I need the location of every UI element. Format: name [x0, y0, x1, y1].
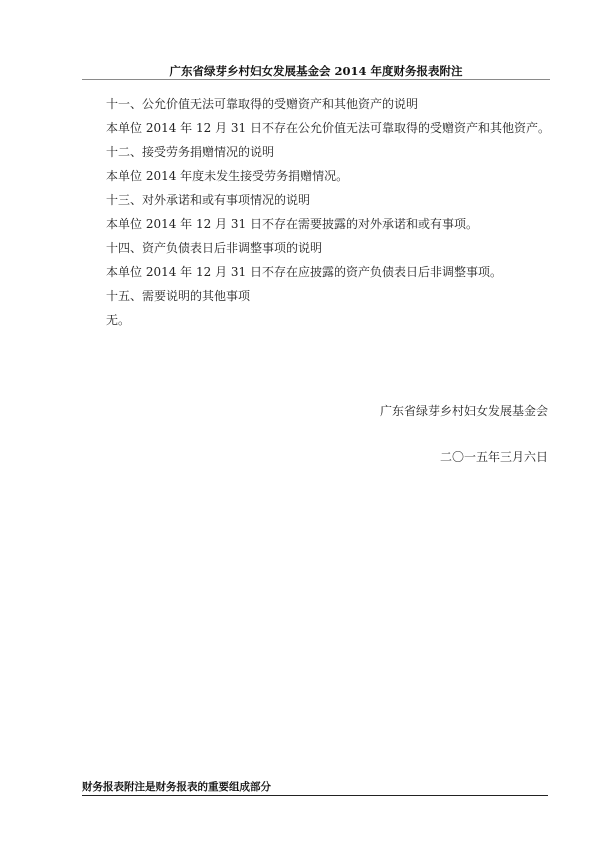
section-text-13: 本单位 2014 年 12 月 31 日不存在需要披露的对外承诺和或有事项。: [106, 212, 566, 236]
signature-block: 广东省绿芽乡村妇女发展基金会 二〇一五年三月六日: [380, 403, 548, 465]
section-text-12: 本单位 2014 年度未发生接受劳务捐赠情况。: [106, 164, 566, 188]
signature-organization: 广东省绿芽乡村妇女发展基金会: [380, 403, 548, 419]
notes-body: 十一、公允价值无法可靠取得的受赠资产和其他资产的说明 本单位 2014 年 12…: [106, 92, 566, 332]
section-heading-14: 十四、资产负债表日后非调整事项的说明: [106, 236, 566, 260]
section-heading-11: 十一、公允价值无法可靠取得的受赠资产和其他资产的说明: [106, 92, 566, 116]
page-header-title: 广东省绿芽乡村妇女发展基金会 2014 年度财务报表附注: [82, 64, 550, 78]
footer-divider: [82, 795, 548, 796]
header-divider: [82, 79, 550, 80]
signature-date: 二〇一五年三月六日: [380, 449, 548, 465]
section-heading-15: 十五、需要说明的其他事项: [106, 284, 566, 308]
page-footer-text: 财务报表附注是财务报表的重要组成部分: [82, 781, 271, 794]
section-text-14: 本单位 2014 年 12 月 31 日不存在应披露的资产负债表日后非调整事项。: [106, 260, 566, 284]
section-text-15: 无。: [106, 308, 566, 332]
section-heading-13: 十三、对外承诺和或有事项情况的说明: [106, 188, 566, 212]
section-heading-12: 十二、接受劳务捐赠情况的说明: [106, 140, 566, 164]
section-text-11: 本单位 2014 年 12 月 31 日不存在公允价值无法可靠取得的受赠资产和其…: [106, 116, 566, 140]
